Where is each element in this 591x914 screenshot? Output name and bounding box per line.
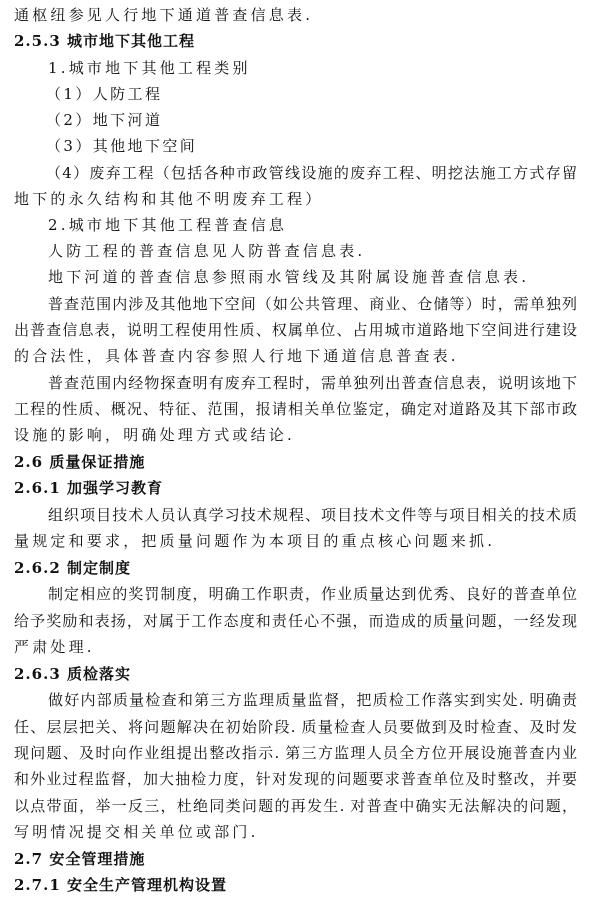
paragraph-line: 现问题、及时向作业组提出整改指示. 第三方监理人员全方位开展设施普查内业	[14, 740, 577, 766]
section-heading-2-6-2: 2.6.2 制定制度	[14, 555, 577, 581]
paragraph-line: 设施的影响，明确处理方式或结论.	[14, 422, 577, 448]
paragraph-line: 工程的性质、概况、特征、范围，报请相关单位鉴定，确定对道路及其下部市政	[14, 396, 577, 422]
paragraph-line: 做好内部质量检查和第三方监理质量监督，把质检工作落实到实处. 明确责	[48, 687, 577, 713]
list-item: （2）地下河道	[46, 107, 577, 133]
section-heading-2-6: 2.6 质量保证措施	[14, 449, 577, 475]
paragraph-line: 地下的永久结构和其他不明废弃工程）	[14, 186, 577, 212]
section-heading-2-6-1: 2.6.1 加强学习教育	[14, 475, 577, 501]
paragraph-line: 的合法性，具体普查内容参照人行地下通道信息普查表.	[14, 343, 577, 369]
list-heading: 2.城市地下其他工程普查信息	[48, 212, 577, 238]
paragraph-line: 制定相应的奖罚制度，明确工作职责，作业质量达到优秀、良好的普查单位	[48, 581, 577, 607]
list-item: （3）其他地下空间	[46, 133, 577, 159]
section-heading-2-7-1: 2.7.1 安全生产管理机构设置	[14, 872, 577, 898]
paragraph-line: 量规定和要求，把质量问题作为本项目的重点核心问题来抓.	[14, 528, 577, 554]
paragraph-line: 人防工程的普查信息见人防普查信息表.	[48, 238, 577, 264]
paragraph-line: 给予奖励和表扬，对属于工作态度和责任心不强，而造成的质量问题，一经发现	[14, 608, 577, 634]
section-heading-2-7: 2.7 安全管理措施	[14, 846, 577, 872]
paragraph-line: 以点带面，举一反三，杜绝同类问题的再发生. 对普查中确实无法解决的问题，	[14, 793, 577, 819]
paragraph-line: 普查范围内涉及其他地下空间（如公共管理、商业、仓储等）时，需单独列	[48, 291, 577, 317]
paragraph-line: 出普查信息表，说明工程使用性质、权属单位、占用城市道路地下空间进行建设	[14, 317, 577, 343]
paragraph-line: 通枢纽参见人行地下通道普查信息表.	[14, 2, 577, 28]
paragraph-line: 写明情况提交相关单位或部门.	[14, 819, 577, 845]
paragraph-line: 严肃处理.	[14, 634, 577, 660]
paragraph-line: 普查范围内经物探查明有废弃工程时，需单独列出普查信息表，说明该地下	[48, 370, 577, 396]
paragraph-line: 任、层层把关、将问题解决在初始阶段. 质量检查人员要做到及时检查、及时发	[14, 714, 577, 740]
list-item: （4）废弃工程（包括各种市政管线设施的废弃工程、明挖法施工方式存留	[46, 160, 577, 186]
list-item: （1）人防工程	[46, 81, 577, 107]
section-heading-2-6-3: 2.6.3 质检落实	[14, 661, 577, 687]
list-heading: 1.城市地下其他工程类别	[48, 55, 577, 81]
paragraph-line: 组织项目技术人员认真学习技术规程、项目技术文件等与项目相关的技术质	[48, 502, 577, 528]
paragraph-line: 地下河道的普查信息参照雨水管线及其附属设施普查信息表.	[48, 264, 577, 290]
section-heading-2-5-3: 2.5.3 城市地下其他工程	[14, 28, 577, 54]
paragraph-line: 和外业过程监督，加大抽检力度，针对发现的问题要求普查单位及时整改，并要	[14, 766, 577, 792]
